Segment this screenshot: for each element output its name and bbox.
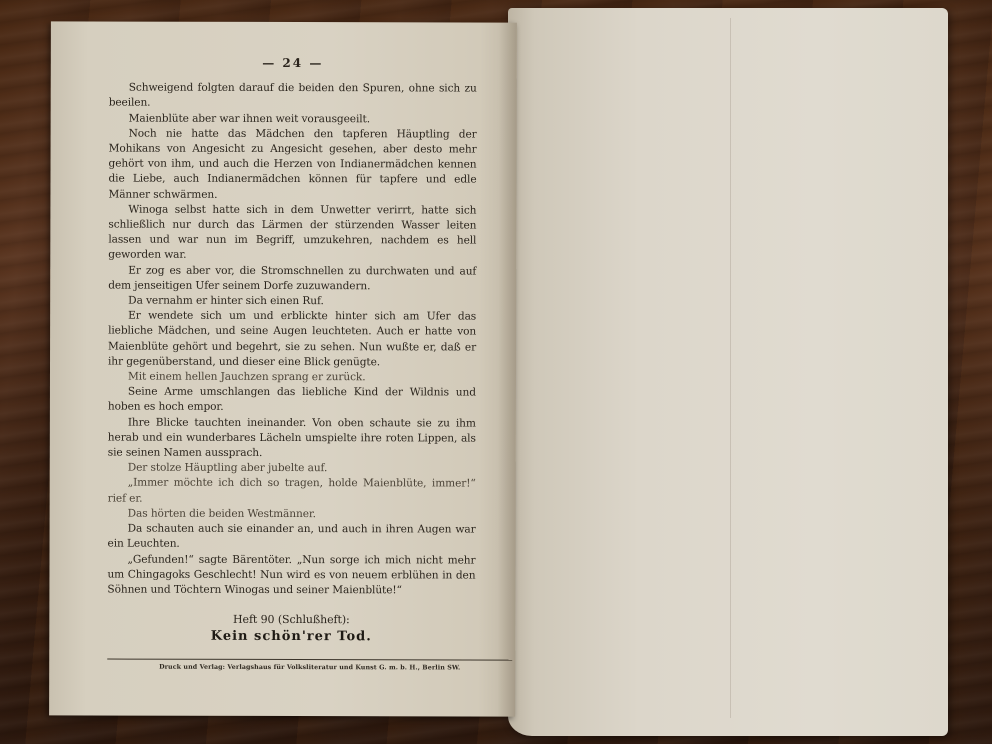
page-text-block: — 24 — Schweigend folgten darauf die bei… <box>107 56 477 645</box>
paragraph: Das hörten die beiden Westmänner. <box>108 506 476 522</box>
paragraph: Da schauten auch sie einander an, und au… <box>108 522 476 553</box>
page-number: — 24 — <box>109 56 477 72</box>
right-page-blank <box>508 8 948 736</box>
paragraph: Schweigend folgten darauf die beiden den… <box>109 81 477 112</box>
paragraph: Noch nie hatte das Mädchen den tapferen … <box>108 126 476 203</box>
next-issue-label: Heft 90 (Schlußheft): <box>107 612 475 628</box>
paragraph: Mit einem hellen Jauchzen sprang er zurü… <box>108 370 476 386</box>
paragraph: Seine Arme umschlangen das liebliche Kin… <box>108 385 476 416</box>
paragraph: Der stolze Häuptling aber jubelte auf. <box>108 461 476 477</box>
publisher-imprint: Druck und Verlag: Verlagshaus für Volksl… <box>107 664 512 672</box>
paragraph: Da vernahm er hinter sich einen Ruf. <box>108 294 476 310</box>
paragraph: Ihre Blicke tauchten ineinander. Von obe… <box>108 415 476 462</box>
paragraph: Maienblüte aber war ihnen weit vorausgee… <box>109 111 477 127</box>
paragraph: Winoga selbst hatte sich in dem Unwetter… <box>108 202 476 264</box>
paragraph: „Gefunden!“ sagte Bärentöter. „Nun sorge… <box>107 552 475 599</box>
footer-divider <box>107 659 512 661</box>
paragraph: „Immer möchte ich dich so tragen, holde … <box>108 476 476 507</box>
next-issue-title: Kein schön'rer Tod. <box>107 629 475 645</box>
left-page: — 24 — Schweigend folgten darauf die bei… <box>49 21 517 716</box>
paragraph: Er zog es aber vor, die Stromschnellen z… <box>108 263 476 294</box>
paragraph: Er wendete sich um und erblickte hinter … <box>108 309 476 371</box>
